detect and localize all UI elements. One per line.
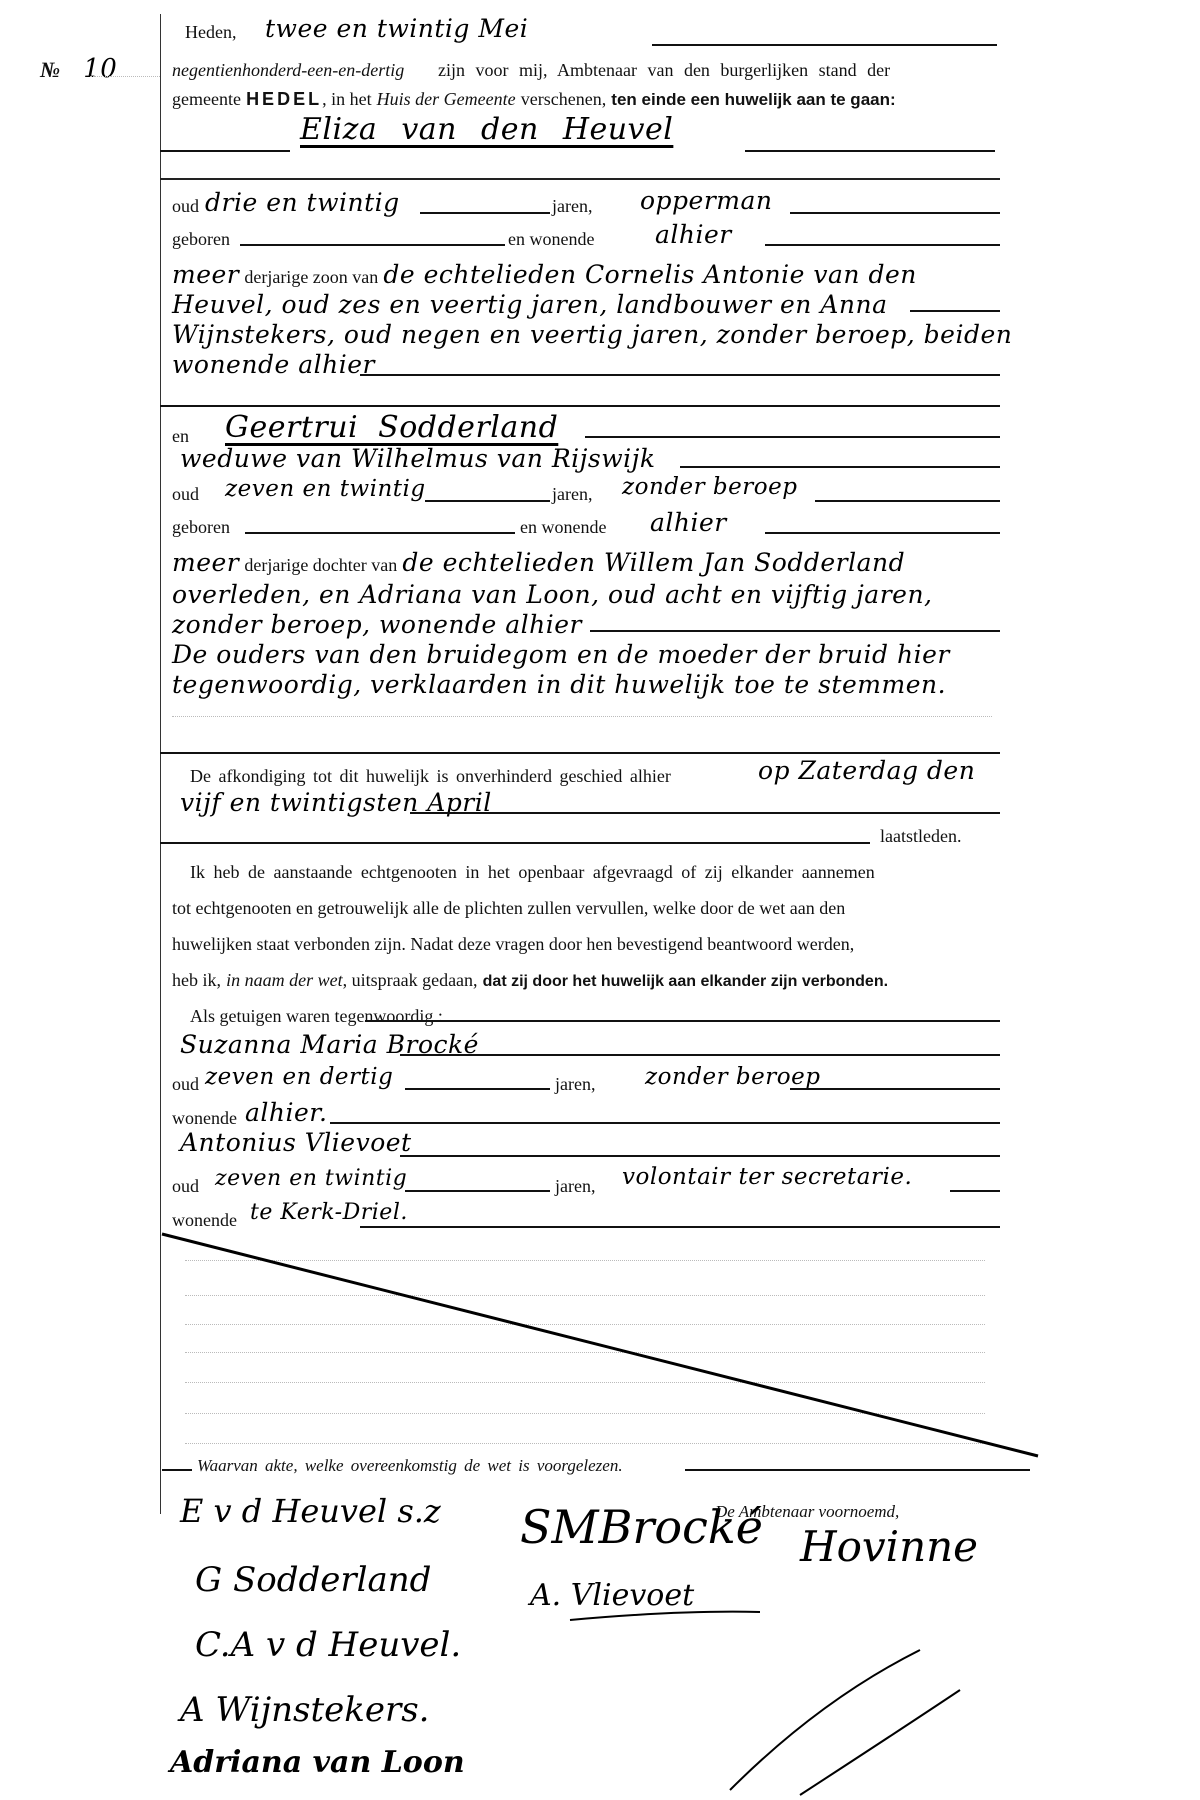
fill-line bbox=[745, 150, 995, 152]
decl-part: heb ik, bbox=[172, 970, 221, 990]
fill-line bbox=[590, 630, 1000, 632]
fill-line bbox=[160, 842, 870, 844]
strike-through-diagonal bbox=[160, 1230, 1040, 1460]
signature-father-groom: C.A v d Heuvel. bbox=[195, 1625, 461, 1665]
line3-bold: ten einde een huwelijk aan te gaan: bbox=[611, 90, 895, 109]
fill-line bbox=[405, 1190, 550, 1192]
groom-age: drie en twintig bbox=[205, 188, 400, 217]
fill-line bbox=[160, 150, 290, 152]
groom-name: Eliza van den Heuvel bbox=[300, 112, 673, 147]
record-number: № 10 bbox=[40, 54, 117, 84]
bride-parents: de echtelieden Willem Jan Sodderland bbox=[402, 548, 905, 577]
jaren-label: jaren, bbox=[555, 1176, 595, 1197]
groom-parents: de echtelieden Cornelis Antonie van den bbox=[383, 260, 916, 289]
signature-mother-groom: A Wijnstekers. bbox=[180, 1690, 430, 1730]
fill-line bbox=[910, 310, 1000, 312]
wonende-label: wonende bbox=[172, 1108, 237, 1129]
bride-age: zeven en twintig bbox=[225, 476, 426, 502]
laatstleden-label: laatstleden. bbox=[880, 826, 961, 847]
decl-bold: dat zij door het huwelijk aan elkander z… bbox=[483, 973, 888, 990]
consent-line1: De ouders van den bruidegom en de moeder… bbox=[172, 640, 950, 669]
fill-line bbox=[405, 1088, 550, 1090]
fill-line bbox=[162, 1469, 192, 1471]
groom-parents-line4: wonende alhier bbox=[172, 350, 375, 379]
bride-parents-line1: meer derjarige dochter van de echteliede… bbox=[172, 548, 905, 577]
fill-line bbox=[410, 812, 1000, 814]
bride-parents-line3: zonder beroep, wonende alhier bbox=[172, 610, 582, 639]
section-divider bbox=[160, 752, 1000, 754]
oud-label: oud bbox=[172, 196, 199, 217]
signature-witness1: SMBrocké bbox=[520, 1500, 763, 1554]
wonende-label: en wonende bbox=[520, 517, 606, 538]
fill-line bbox=[330, 1122, 1000, 1124]
wonende-label: en wonende bbox=[508, 229, 594, 250]
wonende-label: wonende bbox=[172, 1210, 237, 1231]
declaration-line1: Ik heb de aanstaande echtgenooten in het… bbox=[190, 862, 875, 883]
signature-bride: G Sodderland bbox=[195, 1560, 431, 1600]
witnesses-label: Als getuigen waren tegenwoordig : bbox=[190, 1006, 443, 1027]
fill-line bbox=[790, 212, 1000, 214]
gemeente-label: gemeente bbox=[172, 89, 241, 109]
fill-line bbox=[950, 1190, 1000, 1192]
witness1-residence: alhier. bbox=[245, 1098, 327, 1127]
oud-label: oud bbox=[172, 484, 199, 505]
jaren-label: jaren, bbox=[552, 196, 592, 217]
fill-line bbox=[400, 1054, 1000, 1056]
year-text: negentienhonderd-een-en-dertig bbox=[172, 60, 404, 81]
bride-parents-line2: overleden, en Adriana van Loon, oud acht… bbox=[172, 580, 933, 609]
witness1-occupation: zonder beroep bbox=[645, 1064, 820, 1090]
declaration-line4: heb ik, in naam der wet, uitspraak gedaa… bbox=[172, 970, 888, 991]
section-divider bbox=[160, 178, 1000, 180]
oud-label: oud bbox=[172, 1176, 199, 1197]
oud-label: oud bbox=[172, 1074, 199, 1095]
fill-line bbox=[400, 1155, 1000, 1157]
signature-groom: E v d Heuvel s.z bbox=[180, 1492, 441, 1530]
witness1-age: zeven en dertig bbox=[205, 1064, 393, 1090]
fill-line bbox=[680, 466, 1000, 468]
groom-parents-line3: Wijnstekers, oud negen en veertig jaren,… bbox=[172, 320, 1012, 349]
number-label: № bbox=[40, 57, 60, 82]
jaren-label: jaren, bbox=[555, 1074, 595, 1095]
dotted-line bbox=[172, 716, 992, 717]
in-naam-der-wet: in naam der wet bbox=[226, 970, 343, 990]
declaration-line2: tot echtgenooten en getrouwelijk alle de… bbox=[172, 898, 845, 919]
marriage-date: twee en twintig Mei bbox=[265, 14, 528, 43]
witness2-name: Antonius Vlievoet bbox=[180, 1128, 412, 1157]
heden-label: Heden, bbox=[185, 22, 236, 43]
signature-mother-bride: Adriana van Loon bbox=[170, 1745, 465, 1780]
groom-parents-line1: meer derjarige zoon van de echtelieden C… bbox=[172, 260, 917, 289]
fill-line bbox=[765, 244, 1000, 246]
zoon-label: derjarige zoon van bbox=[244, 267, 378, 287]
proclamation-date-line1: op Zaterdag den bbox=[758, 756, 975, 785]
waarvan-akte-text: Waarvan akte, welke overeenkomstig de we… bbox=[197, 1456, 623, 1476]
witness2-occupation: volontair ter secretarie. bbox=[622, 1164, 912, 1190]
bride-name: Geertrui Sodderland bbox=[225, 410, 558, 445]
witness2-residence: te Kerk-Driel. bbox=[250, 1200, 408, 1225]
consent-line2: tegenwoordig, verklaarden in dit huwelij… bbox=[172, 670, 946, 699]
bride-residence: alhier bbox=[650, 508, 727, 537]
fill-line bbox=[245, 532, 515, 534]
geboren-label: geboren bbox=[172, 517, 230, 538]
fill-line bbox=[360, 374, 1000, 376]
gemeente-line: gemeente HEDEL, in het Huis der Gemeente… bbox=[172, 89, 896, 110]
gemeente-name: HEDEL bbox=[246, 89, 322, 109]
groom-occupation: opperman bbox=[640, 186, 773, 215]
fill-line bbox=[685, 1469, 1030, 1471]
declaration-line3: huwelijken staat verbonden zijn. Nadat d… bbox=[172, 934, 854, 955]
dochter-label: derjarige dochter van bbox=[244, 555, 397, 575]
decl-part: , uitspraak gedaan, bbox=[343, 970, 478, 990]
jaren-label: jaren, bbox=[552, 484, 592, 505]
line2-text: zijn voor mij, Ambtenaar van den burgerl… bbox=[438, 60, 890, 81]
fill-line bbox=[790, 1088, 1000, 1090]
huis-der-gemeente: Huis der Gemeente bbox=[377, 89, 516, 109]
line3-mid: , in het bbox=[322, 89, 372, 109]
fill-line bbox=[652, 44, 997, 46]
number-dotted-line bbox=[90, 76, 160, 77]
groom-residence: alhier bbox=[655, 220, 732, 249]
bride-widow-line: weduwe van Wilhelmus van Rijswijk bbox=[180, 444, 656, 473]
fill-line bbox=[815, 500, 1000, 502]
number-value: 10 bbox=[83, 54, 117, 84]
meer-hw: meer bbox=[172, 260, 239, 289]
fill-line bbox=[425, 500, 550, 502]
line3-end: verschenen, bbox=[521, 89, 606, 109]
signature-flourish bbox=[560, 1590, 1020, 1800]
groom-parents-line2: Heuvel, oud zes en veertig jaren, landbo… bbox=[172, 290, 888, 319]
proclamation-text: De afkondiging tot dit huwelijk is onver… bbox=[190, 766, 671, 787]
fill-line bbox=[585, 436, 1000, 438]
signature-ambtenaar: Hovinne bbox=[800, 1522, 978, 1571]
fill-line bbox=[765, 532, 1000, 534]
fill-line bbox=[420, 212, 550, 214]
bride-occupation: zonder beroep bbox=[622, 474, 797, 500]
meer-hw: meer bbox=[172, 548, 239, 577]
fill-line bbox=[240, 244, 505, 246]
witness2-age: zeven en twintig bbox=[215, 1166, 407, 1191]
section-divider bbox=[160, 405, 1000, 407]
fill-line bbox=[360, 1226, 1000, 1228]
geboren-label: geboren bbox=[172, 229, 230, 250]
fill-line bbox=[365, 1020, 1000, 1022]
